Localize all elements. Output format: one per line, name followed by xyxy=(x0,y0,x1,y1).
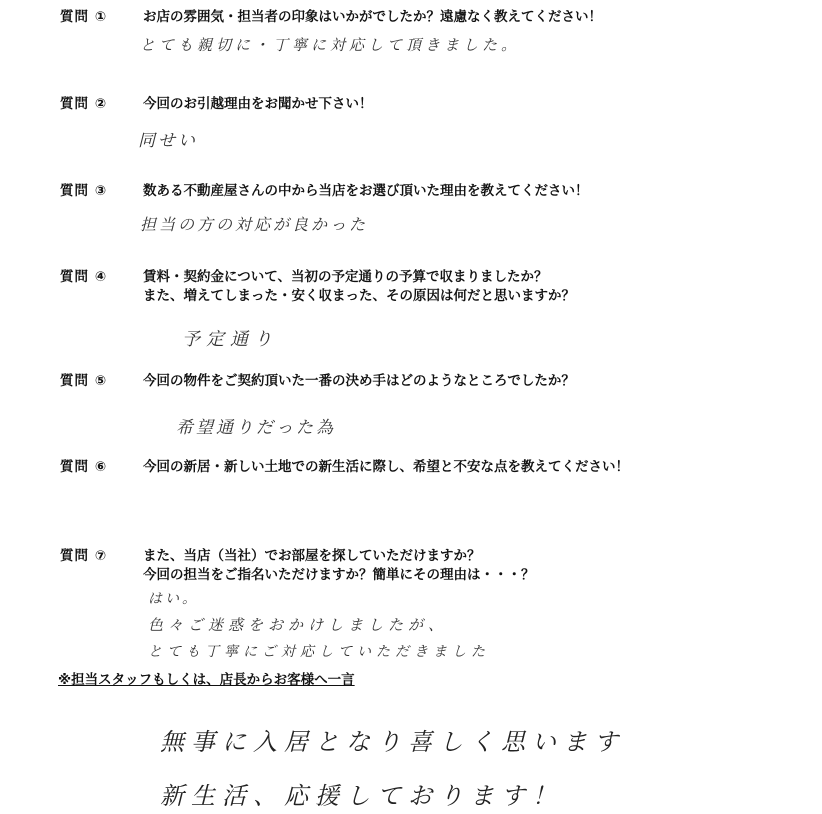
answer-4: 予定通り xyxy=(182,325,278,351)
question-text: また、増えてしまった・安く収まった、その原因は何だと思いますか？ xyxy=(143,285,575,307)
answer-2: 同せい xyxy=(138,126,198,151)
answer-5: 希望通りだった為 xyxy=(176,413,336,438)
answer-3: 担当の方の対応が良かった xyxy=(140,212,368,235)
staff-message-title: ※担当スタッフもしくは、店長からお客様へ一言 xyxy=(58,668,355,688)
question-label: 質問 ⑦ xyxy=(60,545,107,567)
question-text: 今回の新居・新しい土地での新生活に際し、希望と不安な点を教えてください！ xyxy=(143,456,629,478)
answer-7-line-1: はい。 xyxy=(148,588,199,608)
question-text: 今回の物件をご契約頂いた一番の決め手はどのようなところでしたか？ xyxy=(143,370,575,392)
question-text: 今回のお引越理由をお聞かせ下さい！ xyxy=(143,93,373,115)
answer-7-line-2: 色々ご迷惑をおかけしましたが、 xyxy=(148,614,448,635)
answer-1: とても親切に・丁寧に対応して頂きました。 xyxy=(140,34,520,55)
question-text: 数ある不動産屋さんの中から当店をお選び頂いた理由を教えてください！ xyxy=(143,180,589,202)
answer-7-line-3: とても丁寧にご対応していただきました xyxy=(148,641,490,661)
question-text: 今回の担当をご指名いただけますか？簡単にその理由は・・・？ xyxy=(143,564,535,586)
question-label: 質問 ④ xyxy=(60,266,107,288)
question-label: 質問 ② xyxy=(60,93,107,115)
question-label: 質問 ⑤ xyxy=(60,370,107,392)
question-text: お店の雰囲気・担当者の印象はいかがでしたか？遠慮なく教えてください！ xyxy=(143,6,602,28)
staff-message-line-1: 無事に入居となり喜しく思います xyxy=(160,722,625,757)
question-label: 質問 ⑥ xyxy=(60,456,107,478)
question-label: 質問 ③ xyxy=(60,180,107,202)
question-label: 質問 ① xyxy=(60,6,107,28)
staff-message-line-2: 新生活、応援しております！ xyxy=(160,776,563,811)
